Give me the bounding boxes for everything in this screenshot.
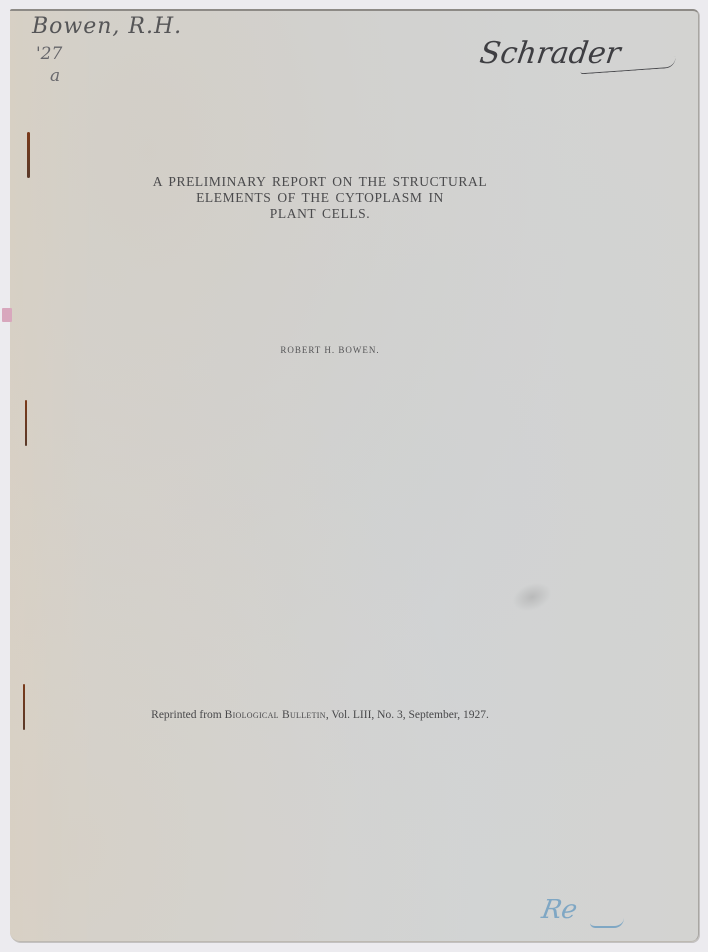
- handwritten-author: Bowen, R.H.: [32, 14, 182, 39]
- staple-middle: [25, 400, 27, 446]
- blue-pencil-flourish: [590, 918, 624, 928]
- reprint-details: , Vol. LIII, No. 3, September, 1927.: [326, 709, 489, 721]
- document-title: A PRELIMINARY REPORT ON THE STRUCTURAL E…: [120, 174, 520, 222]
- title-line-1: A PRELIMINARY REPORT ON THE STRUCTURAL: [120, 174, 520, 190]
- pamphlet-cover: [10, 9, 699, 942]
- blue-pencil-initials: Re: [539, 895, 579, 925]
- handwritten-letter: a: [50, 66, 60, 86]
- staple-top: [27, 132, 30, 178]
- document-author: ROBERT H. BOWEN.: [240, 345, 420, 355]
- title-line-2: ELEMENTS OF THE CYTOPLASM IN: [120, 190, 520, 206]
- reprint-citation: Reprinted from Biological Bulletin, Vol.…: [120, 709, 520, 721]
- reprint-prefix: Reprinted from: [151, 709, 224, 721]
- pink-tab-mark: [2, 308, 12, 322]
- staple-bottom: [23, 684, 25, 730]
- journal-name: Biological Bulletin: [225, 709, 326, 721]
- title-line-3: PLANT CELLS.: [120, 206, 520, 222]
- handwritten-number: '27: [36, 46, 62, 63]
